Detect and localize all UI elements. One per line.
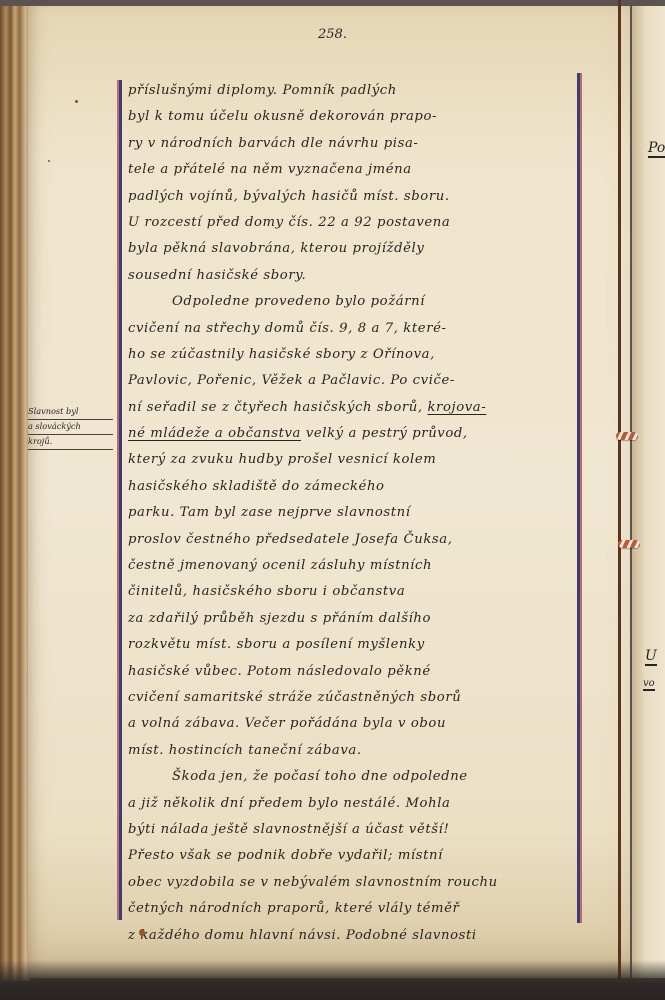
- facing-page-fragment: U: [645, 648, 657, 666]
- text-line: tele a přátelé na něm vyznačena jména: [128, 157, 573, 183]
- desk-shadow: [0, 960, 665, 1000]
- text-line: parku. Tam byl zase nejprve slavnostní: [128, 500, 573, 526]
- text-line: a volná zábava. Večer pořádána byla v ob…: [128, 711, 573, 737]
- text-line: hasičské vůbec. Potom následovalo pěkné: [128, 659, 573, 685]
- text-line: míst. hostincích taneční zábava.: [128, 738, 573, 764]
- text-line: cvičení na střechy domů čís. 9, 8 a 7, k…: [128, 316, 573, 342]
- facing-page-fragment: Po: [648, 140, 665, 158]
- text-line: hasičského skladiště do zámeckého: [128, 474, 573, 500]
- text-line: z každého domu hlavní návsi. Podobné sla…: [128, 923, 573, 949]
- text-line: příslušnými diplomy. Pomník padlých: [128, 78, 573, 104]
- text-span: velký a pestrý průvod,: [301, 426, 468, 441]
- page-edges-stack: [0, 6, 30, 981]
- paper-speck: [48, 160, 50, 162]
- underlined-text: krojova-: [427, 400, 486, 415]
- binding-stitch-icon: [618, 540, 640, 548]
- text-line: který za zvuku hudby prošel vesnicí kole…: [128, 447, 573, 473]
- binding-spine: [618, 0, 621, 980]
- text-line: né mládeže a občanstva velký a pestrý pr…: [128, 421, 573, 447]
- text-line: za zdařilý průběh sjezdu s přáním dalšíh…: [128, 606, 573, 632]
- text-line: byl k tomu účelu okusně dekorován prapo-: [128, 104, 573, 130]
- text-line: U rozcestí před domy čís. 22 a 92 postav…: [128, 210, 573, 236]
- text-line: ry v národních barvách dle návrhu pisa-: [128, 131, 573, 157]
- text-line: Pavlovic, Pořenic, Věžek a Pačlavic. Po …: [128, 368, 573, 394]
- margin-note-line: a slováckých: [28, 420, 113, 435]
- handwritten-text-body: příslušnými diplomy. Pomník padlýchbyl k…: [128, 78, 573, 949]
- text-line: četných národních praporů, které vlály t…: [128, 896, 573, 922]
- text-line: býti nálada ještě slavnostnější a účast …: [128, 817, 573, 843]
- right-margin-rule: [577, 73, 580, 923]
- margin-note-line: Slavnost byl: [28, 405, 113, 420]
- text-line: Škoda jen, že počasí toho dne odpoledne: [128, 764, 573, 790]
- text-line: činitelů, hasičského sboru i občanstva: [128, 579, 573, 605]
- underlined-text: né mládeže a občanstva: [128, 426, 301, 441]
- paper-speck: [75, 100, 78, 103]
- margin-note-line: krojů.: [28, 435, 113, 450]
- text-line: cvičení samaritské stráže zúčastněných s…: [128, 685, 573, 711]
- text-line: proslov čestného předsedatele Josefa Čuk…: [128, 527, 573, 553]
- book-spread: 258. Slavnost byl a slováckých krojů. př…: [0, 0, 665, 985]
- margin-note: Slavnost byl a slováckých krojů.: [28, 405, 113, 450]
- ink-stain: [139, 929, 145, 936]
- page-number: 258.: [318, 27, 347, 42]
- facing-page-fragment: vo: [643, 678, 655, 691]
- text-line: čestně jmenovaný ocenil zásluhy místních: [128, 553, 573, 579]
- text-line: padlých vojínů, bývalých hasičů míst. sb…: [128, 184, 573, 210]
- text-line: a již několik dní předem bylo nestálé. M…: [128, 791, 573, 817]
- text-line: obec vyzdobila se v nebývalém slavnostní…: [128, 870, 573, 896]
- text-line: byla pěkná slavobrána, kterou projížděly: [128, 236, 573, 262]
- text-line: Přesto však se podnik dobře vydařil; mís…: [128, 843, 573, 869]
- binding-stitch-icon: [616, 432, 638, 440]
- left-margin-rule: [119, 80, 122, 920]
- text-line: ní seřadil se z čtyřech hasičských sborů…: [128, 395, 573, 421]
- text-line: ho se zúčastnily hasičské sbory z Ořínov…: [128, 342, 573, 368]
- text-span: ní seřadil se z čtyřech hasičských sborů…: [128, 400, 427, 415]
- text-line: rozkvětu míst. sboru a posílení myšlenky: [128, 632, 573, 658]
- text-line: sousední hasičské sbory.: [128, 263, 573, 289]
- text-line: Odpoledne provedeno bylo požární: [128, 289, 573, 315]
